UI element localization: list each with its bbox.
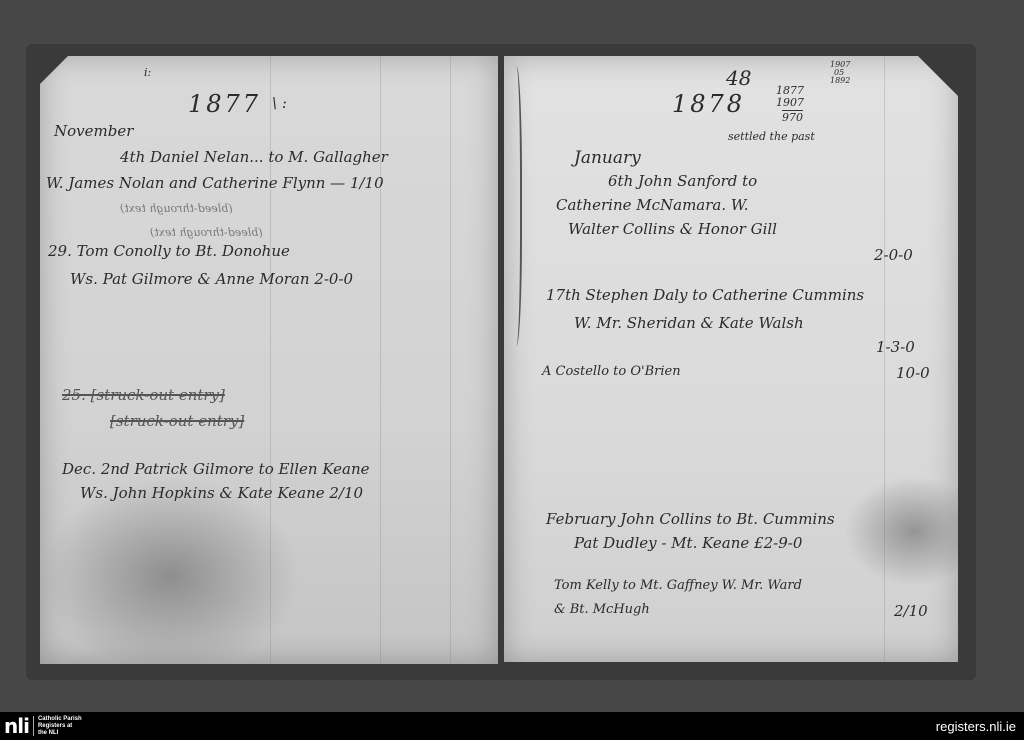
entry-line: 6th John Sanford to bbox=[608, 172, 757, 190]
entry-amount: 1-3-0 bbox=[876, 338, 915, 356]
entry-line: Catherine McNamara. W. bbox=[556, 196, 748, 214]
brand-text: Catholic Parish Registers at the NLI bbox=[38, 716, 88, 737]
stain bbox=[40, 476, 300, 664]
entry-line: Tom Kelly to Mt. Gaffney W. Mr. Ward bbox=[554, 578, 802, 593]
nli-logo: nli bbox=[4, 716, 34, 736]
stain bbox=[844, 476, 958, 586]
entry-month: November bbox=[54, 122, 133, 140]
page-year: 1877 bbox=[188, 90, 261, 118]
entry-line: Walter Collins & Honor Gill bbox=[568, 220, 777, 238]
nli-brand[interactable]: nli Catholic Parish Registers at the NLI bbox=[0, 716, 88, 737]
bleed-through: (bleed-through text) bbox=[120, 202, 233, 215]
corner-mark: i: bbox=[144, 66, 151, 79]
footer-bar: nli Catholic Parish Registers at the NLI… bbox=[0, 712, 1024, 740]
entry-amount: 2/10 bbox=[894, 602, 928, 620]
entry-month: January bbox=[574, 148, 641, 168]
entry-line: Ws. John Hopkins & Kate Keane 2/10 bbox=[80, 484, 363, 502]
brand-line: Registers at bbox=[38, 723, 88, 730]
entry-line: Ws. Pat Gilmore & Anne Moran 2-0-0 bbox=[70, 270, 353, 288]
entry-line: 29. Tom Conolly to Bt. Donohue bbox=[48, 242, 290, 260]
entry-amount: 10-0 bbox=[896, 364, 930, 382]
entry-line: February John Collins to Bt. Cummins bbox=[546, 510, 835, 528]
entry-line: & Bt. McHugh bbox=[554, 602, 650, 617]
entry-line: A Costello to O'Brien bbox=[542, 364, 681, 379]
page-year: 1878 bbox=[672, 90, 745, 118]
sum-annotation-3: 970 bbox=[782, 110, 803, 124]
brand-line: the NLI bbox=[38, 730, 88, 737]
site-link[interactable]: registers.nli.ie bbox=[936, 719, 1024, 734]
corner-sum-3: 1892 bbox=[830, 76, 850, 85]
year-annotation: \ : bbox=[272, 94, 287, 112]
column-rule bbox=[450, 56, 451, 664]
entry-line: W. James Nolan and Catherine Flynn — 1/1… bbox=[46, 174, 384, 192]
sum-annotation-2: 1907 bbox=[776, 96, 804, 109]
entry-amount: 2-0-0 bbox=[874, 246, 913, 264]
right-page: 48 1878 1877 1907 970 1907 05 1892 settl… bbox=[504, 56, 958, 662]
page-number: 48 bbox=[726, 66, 751, 90]
left-page: i: 1877 \ : November 4th Daniel Nelan...… bbox=[40, 56, 498, 664]
entry-line: 4th Daniel Nelan... to M. Gallagher bbox=[120, 148, 388, 166]
image-viewer[interactable]: i: 1877 \ : November 4th Daniel Nelan...… bbox=[0, 0, 1024, 712]
entry-line: W. Mr. Sheridan & Kate Walsh bbox=[574, 314, 804, 332]
bleed-through: (bleed-through text) bbox=[150, 226, 263, 239]
settled-note: settled the past bbox=[728, 130, 815, 143]
struck-entry: 25. [struck-out entry] bbox=[62, 386, 225, 404]
page-tear bbox=[508, 66, 522, 346]
entry-line: 17th Stephen Daly to Catherine Cummins bbox=[546, 286, 864, 304]
struck-entry: [struck-out entry] bbox=[110, 412, 244, 430]
entry-line: Dec. 2nd Patrick Gilmore to Ellen Keane bbox=[62, 460, 370, 478]
entry-line: Pat Dudley - Mt. Keane £2-9-0 bbox=[574, 534, 802, 552]
brand-line: Catholic Parish bbox=[38, 716, 88, 723]
